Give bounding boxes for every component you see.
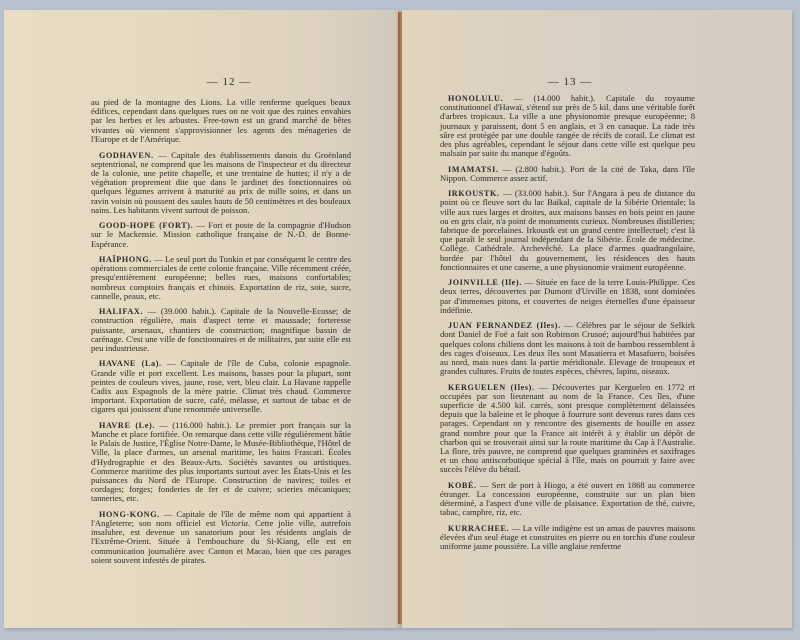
entry-irkoustk: IRKOUSTK. — (33.000 habit.). Sur l'Angar… <box>440 189 695 272</box>
entry-hong-kong: HONG-KONG. — Capitale de l'île de même n… <box>91 510 351 565</box>
left-page-text: au pied de la montagne des Lions. La vil… <box>91 98 351 571</box>
entry-body: — Découvertes par Kerguelen en 1772 et o… <box>440 382 695 475</box>
page-number-left: — 12 — <box>199 76 259 88</box>
entry-juan-fernandez: JUAN FERNANDEZ (Iles). — Célèbres par le… <box>440 321 695 376</box>
page-number-right: — 13 — <box>540 76 600 88</box>
entry-havre: HAVRE (Le). — (116.000 habit.). Le premi… <box>91 421 351 504</box>
entry-haiphong: HAÏPHONG. — Le seul port du Tonkin et pa… <box>91 255 351 301</box>
right-page: — 13 — HONOLULU. — (14.000 habit.). Capi… <box>402 10 792 628</box>
entry-body: — Célèbres par le séjour de Selkirk dont… <box>440 320 695 376</box>
entry-honolulu: HONOLULU. — (14.000 habit.). Capitale du… <box>440 94 695 158</box>
entry-body: — Sert de port à Hiogo, a été ouvert en … <box>440 480 695 518</box>
left-page: — 12 — au pied de la montagne des Lions.… <box>4 10 401 628</box>
continuation-paragraph: au pied de la montagne des Lions. La vil… <box>91 98 351 144</box>
entry-godhaven: GODHAVEN. — Capitale des établissements … <box>91 151 351 215</box>
entry-good-hope: GOOD-HOPE (FORT). — Fort et poste de la … <box>91 221 351 249</box>
entry-joinville: JOINVILLE (Ile). — Située en face de la … <box>440 278 695 315</box>
entry-halifax: HALIFAX. — (39.000 habit.). Capitale de … <box>91 307 351 353</box>
entry-body: — (14.000 habit.). Capitale du royaume c… <box>440 93 695 158</box>
entry-kobe: KOBÉ. — Sert de port à Hiogo, a été ouve… <box>440 481 695 518</box>
entry-body: — (33.000 habit.). Sur l'Angara à peu de… <box>440 188 695 272</box>
entry-havane: HAVANE (La). — Capitale de l'île de Cuba… <box>91 359 351 414</box>
entry-kerguelen: KERGUELEN (Iles). — Découvertes par Kerg… <box>440 383 695 475</box>
entry-body: — Capitale des établissements danois du … <box>91 150 351 215</box>
entry-body: — Capitale de l'île de Cuba, colonie esp… <box>91 358 351 414</box>
entry-imamatsi: IMAMATSI. — (2.800 habit.). Port de la c… <box>440 165 695 183</box>
entry-body: — (116.000 habit.). Le premier port fran… <box>91 420 351 504</box>
entry-kurrachee: KURRACHEE. — La ville indigène est un am… <box>440 524 695 552</box>
right-page-text: HONOLULU. — (14.000 habit.). Capitale du… <box>440 94 695 558</box>
